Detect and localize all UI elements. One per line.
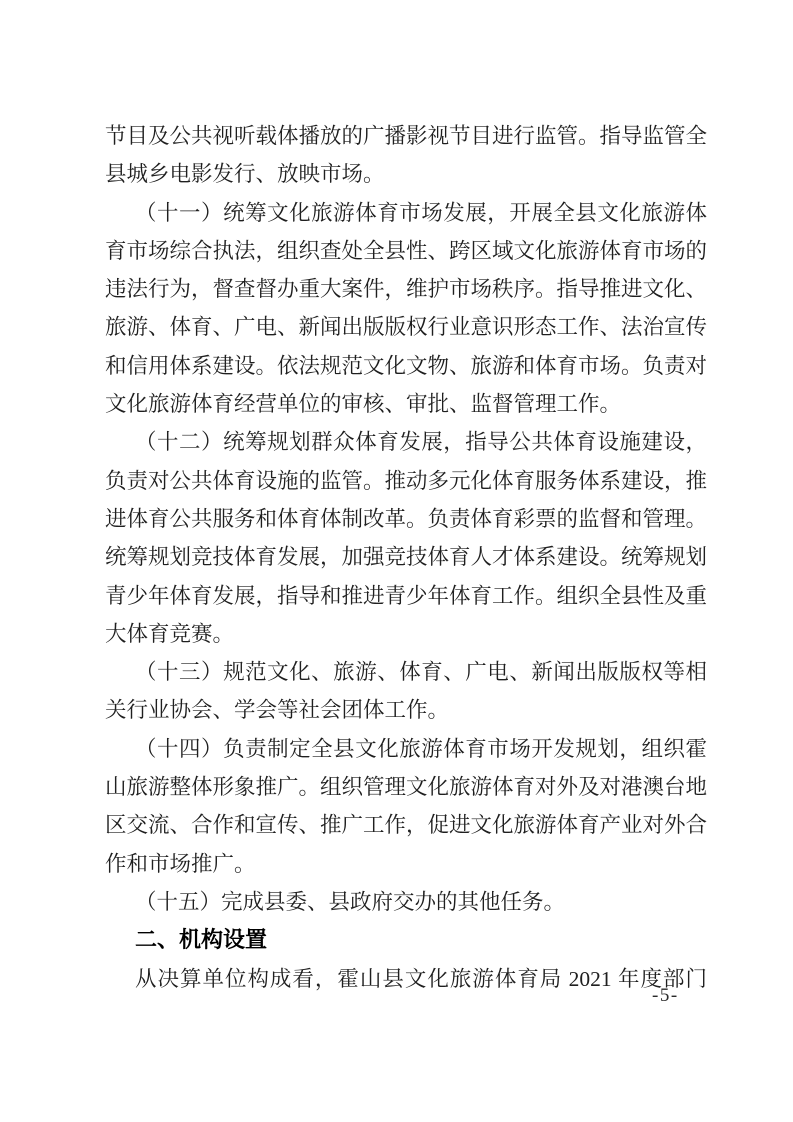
text-line: 大体育竞赛。 xyxy=(105,615,707,653)
text-line: 关行业协会、学会等社会团体工作。 xyxy=(105,691,707,729)
text-line: 作和市场推广。 xyxy=(105,845,707,883)
text-line: 统筹规划竞技体育发展，加强竞技体育人才体系建设。统筹规划 xyxy=(105,538,707,576)
text-line: 进体育公共服务和体育体制改革。负责体育彩票的监督和管理。 xyxy=(105,500,707,538)
text-line: 区交流、合作和宣传、推广工作，促进文化旅游体育产业对外合 xyxy=(105,806,707,844)
text-line: （十一）统筹文化旅游体育市场发展，开展全县文化旅游体 xyxy=(105,194,707,232)
text-line: （十四）负责制定全县文化旅游体育市场开发规划，组织霍 xyxy=(105,730,707,768)
text-line: （十三）规范文化、旅游、体育、广电、新闻出版版权等相 xyxy=(105,653,707,691)
text-line: 旅游、体育、广电、新闻出版版权行业意识形态工作、法治宣传 xyxy=(105,308,707,346)
text-line: 县城乡电影发行、放映市场。 xyxy=(105,155,707,193)
text-line: 育市场综合执法，组织查处全县性、跨区域文化旅游体育市场的 xyxy=(105,232,707,270)
text-line: （十五）完成县委、县政府交办的其他任务。 xyxy=(105,883,707,921)
text-line: （十二）统筹规划群众体育发展，指导公共体育设施建设， xyxy=(105,423,707,461)
document-page: 节目及公共视听载体播放的广播影视节目进行监管。指导监管全县城乡电影发行、放映市场… xyxy=(0,0,793,1122)
text-line: 从决算单位构成看，霍山县文化旅游体育局 2021 年度部门 xyxy=(105,960,707,998)
text-line: 违法行为，督查督办重大案件，维护市场秩序。指导推进文化、 xyxy=(105,270,707,308)
text-line: 和信用体系建设。依法规范文化文物、旅游和体育市场。负责对 xyxy=(105,347,707,385)
text-line: 青少年体育发展，指导和推进青少年体育工作。组织全县性及重 xyxy=(105,577,707,615)
page-number: -5- xyxy=(652,985,679,1007)
text-line: 山旅游整体形象推广。组织管理文化旅游体育对外及对港澳台地 xyxy=(105,768,707,806)
section-heading: 二、机构设置 xyxy=(105,921,707,959)
document-lines: 节目及公共视听载体播放的广播影视节目进行监管。指导监管全县城乡电影发行、放映市场… xyxy=(105,117,707,998)
text-line: 负责对公共体育设施的监管。推动多元化体育服务体系建设，推 xyxy=(105,462,707,500)
text-line: 文化旅游体育经营单位的审核、审批、监督管理工作。 xyxy=(105,385,707,423)
text-line: 节目及公共视听载体播放的广播影视节目进行监管。指导监管全 xyxy=(105,117,707,155)
